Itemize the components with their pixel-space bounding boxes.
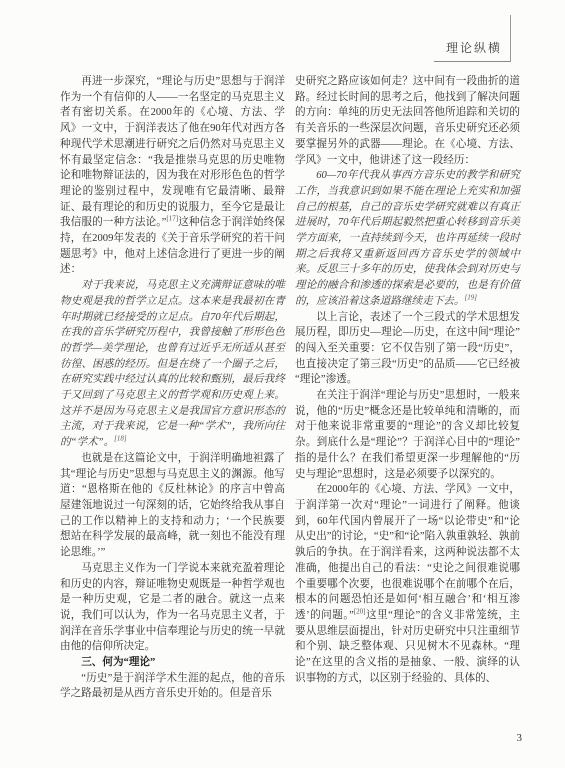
paragraph: 在关注于润洋“理论与历史”思想时，一般来说，他的“历史”概念还是比较单纯和清晰的…	[295, 388, 520, 482]
paragraph: 再进一步深究，“理论与历史”思想与于润洋作为一个有信仰的人——一名坚定的马克思主…	[60, 74, 285, 278]
paragraph-text: 也就是在这篇论文中，于润洋明确地袒露了其“理论与历史”思想与马克思主义的渊源。他…	[60, 453, 285, 558]
paragraph-text: 在关注于润洋“理论与历史”思想时，一般来说，他的“历史”概念还是比较单纯和清晰的…	[295, 390, 520, 480]
paragraph: 以上言论，表述了一个三段式的学术思想发展历程，即历史—理论—历史，在这中间“理论…	[295, 310, 520, 389]
paragraph-continued: 史研究之路应该如何走？这中间有一段曲折的道路。经过长时间的思考之后，他找到了解决…	[295, 74, 520, 168]
page-number: 3	[517, 732, 523, 744]
paragraph-text: 再进一步深究，“理论与历史”思想与于润洋作为一个有信仰的人——一名坚定的马克思主…	[60, 76, 285, 228]
paragraph: “历史”是于润洋学术生涯的起点，他的音乐学之路最初是从西方音乐史开始的。但是音乐	[60, 671, 285, 702]
paragraph-text: 以上言论，表述了一个三段式的学术思想发展历程，即历史—理论—历史，在这中间“理论…	[295, 312, 520, 386]
paragraph: 也就是在这篇论文中，于润洋明确地袒露了其“理论与历史”思想与马克思主义的渊源。他…	[60, 451, 285, 561]
quote-text: 60—70年代我从事西方音乐史的教学和研究工作，当我意识到如果不能在理论上充实和…	[295, 170, 520, 307]
quote-text: 对于我来说，马克思主义充满辩证意味的唯物史观是我的哲学立足点。这本来是我最初在青…	[60, 280, 285, 448]
running-header-title: 理论纵横	[446, 39, 502, 56]
section-heading-text: 三、何为“理论”	[81, 657, 155, 668]
left-column: 再进一步深究，“理论与历史”思想与于润洋作为一个有信仰的人——一名坚定的马克思主…	[60, 74, 285, 702]
block-quote: 60—70年代我从事西方音乐史的教学和研究工作，当我意识到如果不能在理论上充实和…	[295, 168, 520, 309]
paragraph: 马克思主义作为一门学说本来就充盈着理论和历史的内容，辩证唯物史观既是一种哲学观也…	[60, 561, 285, 655]
paragraph-text: 史研究之路应该如何走？这中间有一段曲折的道路。经过长时间的思考之后，他找到了解决…	[295, 76, 520, 166]
page-content: 再进一步深究，“理论与历史”思想与于润洋作为一个有信仰的人——一名坚定的马克思主…	[60, 74, 520, 702]
footnote-ref-19: [19]	[465, 293, 477, 301]
footnote-ref-20: [20]	[354, 607, 366, 615]
block-quote: 对于我来说，马克思主义充满辩证意味的唯物史观是我的哲学立足点。这本来是我最初在青…	[60, 278, 285, 451]
footnote-ref-17: [17]	[166, 215, 178, 223]
section-heading: 三、何为“理论”	[60, 655, 285, 671]
right-column: 史研究之路应该如何走？这中间有一段曲折的道路。经过长时间的思考之后，他找到了解决…	[295, 74, 520, 702]
paragraph-text: 马克思主义作为一门学说本来就充盈着理论和历史的内容，辩证唯物史观既是一种哲学观也…	[60, 563, 285, 653]
paragraph-text: 在2000年的《心境、方法、学风》一文中，于润洋第一次对“理论”一词进行了阐释。…	[295, 484, 520, 621]
paragraph: 在2000年的《心境、方法、学风》一文中，于润洋第一次对“理论”一词进行了阐释。…	[295, 482, 520, 686]
running-header: 理论纵横	[434, 15, 511, 62]
paragraph-text: “历史”是于润洋学术生涯的起点，他的音乐学之路最初是从西方音乐史开始的。但是音乐	[60, 673, 285, 700]
footnote-ref-18: [18]	[114, 435, 126, 443]
journal-page: 理论纵横 再进一步深究，“理论与历史”思想与于润洋作为一个有信仰的人——一名坚定…	[0, 0, 565, 768]
